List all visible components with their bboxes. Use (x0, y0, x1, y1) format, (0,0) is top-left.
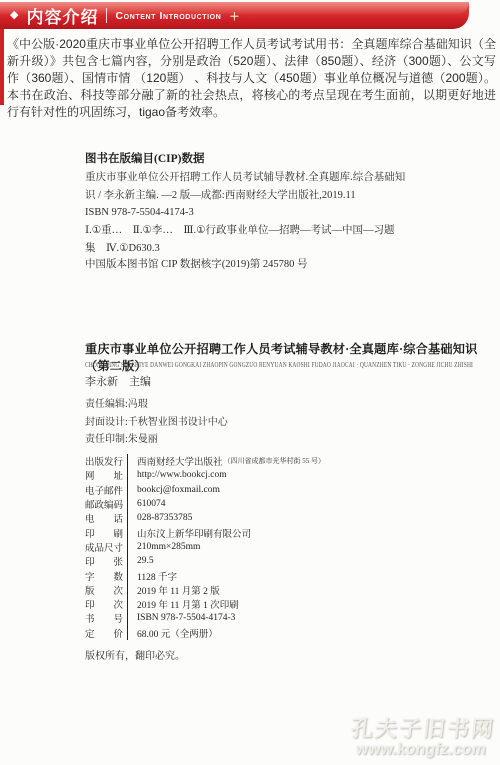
kongfz-watermark: 孔夫子旧书网 www.kongfz.com (348, 717, 496, 759)
row-value: ISBN 978-7-5504-4174-3 (127, 611, 445, 625)
table-row: 电子邮件 bookcj@foxmail.com (85, 483, 445, 497)
table-row: 成品尺寸 210mm×285mm (85, 540, 445, 554)
banner-subtitle: Content Introduction (115, 10, 221, 22)
row-value: 西南财经大学出版社（四川省成都市光华村街 55 号） (127, 454, 445, 468)
row-value: 山东汶上新华印刷有限公司 (127, 525, 445, 539)
row-label: 印 刷 (85, 526, 127, 540)
row-label: 书 号 (85, 611, 127, 625)
row-value: 1128 千字 (127, 568, 445, 582)
publisher-address: （四川省成都市光华村街 55 号） (224, 456, 326, 466)
watermark-site-url: www.kongfz.com (348, 741, 494, 759)
row-label: 邮政编码 (85, 497, 127, 511)
row-value: 68.00 元（全两册） (127, 626, 445, 640)
staff-value: 冯瑕 (128, 399, 148, 410)
plus-icon: ＋ (229, 8, 239, 23)
row-value: bookcj@foxmail.com (127, 483, 445, 497)
table-row: 出版发行 西南财经大学出版社（四川省成都市光华村街 55 号） (85, 454, 445, 468)
staff-row-print-supervisor: 责任印制:朱曼丽 (85, 431, 228, 449)
staff-row-editor: 责任编辑:冯瑕 (85, 396, 228, 414)
diamond-icon: ◆ (10, 10, 18, 21)
row-label: 字 数 (85, 569, 127, 583)
row-value: http://www.bookcj.com (127, 468, 445, 482)
publisher-name: 西南财经大学出版社 (137, 454, 223, 468)
staff-label: 责任编辑: (85, 399, 128, 410)
staff-credits: 责任编辑:冯瑕 封面设计:千秋智业图书设计中心 责任印制:朱曼丽 (85, 396, 228, 449)
left-accent-stripe (0, 29, 4, 105)
row-label: 出版发行 (85, 454, 127, 468)
row-value: 610074 (127, 497, 445, 511)
table-row: 邮政编码 610074 (85, 497, 445, 511)
book-title-pinyin: CHONGQING SHI SHIYE DANWEI GONGKAI ZHAOP… (85, 361, 473, 369)
cip-heading: 图书在版编目(CIP)数据 (85, 150, 204, 166)
table-row: 印 次 2019 年 11 月第 1 次印刷 (85, 597, 445, 611)
content-introduction-banner: ◆ 内容介绍 Content Introduction ＋ (0, 2, 469, 29)
watermark-site-name: 孔夫子旧书网 (350, 717, 497, 741)
row-label: 电子邮件 (85, 483, 127, 497)
cip-isbn: ISBN 978-7-5504-4174-3 (85, 204, 430, 222)
cip-line-2: 识 / 李永新主编. —2 版—成都:西南财经大学出版社,2019.11 (85, 187, 430, 205)
cip-description: 重庆市事业单位公开招聘工作人员考试辅导教材.全真题库.综合基础知 识 / 李永新… (85, 169, 430, 222)
row-label: 定 价 (85, 626, 127, 640)
copyright-notice: 版权所有，翻印必究。 (85, 647, 185, 662)
table-row: 版 次 2019 年 11 月第 2 版 (85, 583, 445, 597)
row-value: 028-87353785 (127, 511, 445, 525)
row-label: 成品尺寸 (85, 540, 127, 554)
table-row: 定 价 68.00 元（全两册） (85, 626, 445, 640)
table-row: 印 刷 山东汶上新华印刷有限公司 (85, 525, 445, 539)
row-value: 29.5 (127, 554, 445, 568)
cip-line-1: 重庆市事业单位公开招聘工作人员考试辅导教材.全真题库.综合基础知 (85, 169, 430, 187)
table-row: 字 数 1128 千字 (85, 568, 445, 582)
colophon-table: 出版发行 西南财经大学出版社（四川省成都市光华村街 55 号） 网 址 http… (85, 454, 445, 640)
table-row: 网 址 http://www.bookcj.com (85, 468, 445, 482)
cip-class-line-1: Ⅰ.①重… Ⅱ.①李… Ⅲ.①行政事业单位—招聘—考试—中国—习题 (85, 222, 435, 240)
table-row: 印 张 29.5 (85, 554, 445, 568)
staff-row-cover-design: 封面设计:千秋智业图书设计中心 (85, 414, 228, 432)
row-label: 印 次 (85, 597, 127, 611)
staff-value: 朱曼丽 (128, 434, 158, 445)
row-label: 版 次 (85, 583, 127, 597)
row-value: 2019 年 11 月第 1 次印刷 (127, 597, 445, 611)
staff-label: 封面设计: (85, 417, 128, 428)
staff-label: 责任印制: (85, 434, 128, 445)
banner-title: 内容介绍 (26, 3, 98, 28)
chief-editor: 李永新 主编 (85, 373, 151, 389)
table-row: 书 号 ISBN 978-7-5504-4174-3 (85, 611, 445, 625)
row-label: 电 话 (85, 511, 127, 525)
row-value: 2019 年 11 月第 2 版 (127, 583, 445, 597)
row-value: 210mm×285mm (127, 540, 445, 554)
introduction-paragraph: 《中公版·2020重庆市事业单位公开招聘工作人员考试考试用书：全真题库综合基础知… (7, 36, 496, 121)
row-label: 网 址 (85, 468, 127, 482)
cip-record-number: 中国版本图书馆 CIP 数据核字(2019)第 245780 号 (85, 256, 307, 271)
row-label: 印 张 (85, 554, 127, 568)
cip-classification: Ⅰ.①重… Ⅱ.①李… Ⅲ.①行政事业单位—招聘—考试—中国—习题 集 Ⅳ.①D… (85, 222, 435, 257)
table-row: 电 话 028-87353785 (85, 511, 445, 525)
cip-class-line-2: 集 Ⅳ.①D630.3 (85, 240, 435, 258)
banner-divider (106, 8, 107, 23)
staff-value: 千秋智业图书设计中心 (128, 417, 228, 428)
